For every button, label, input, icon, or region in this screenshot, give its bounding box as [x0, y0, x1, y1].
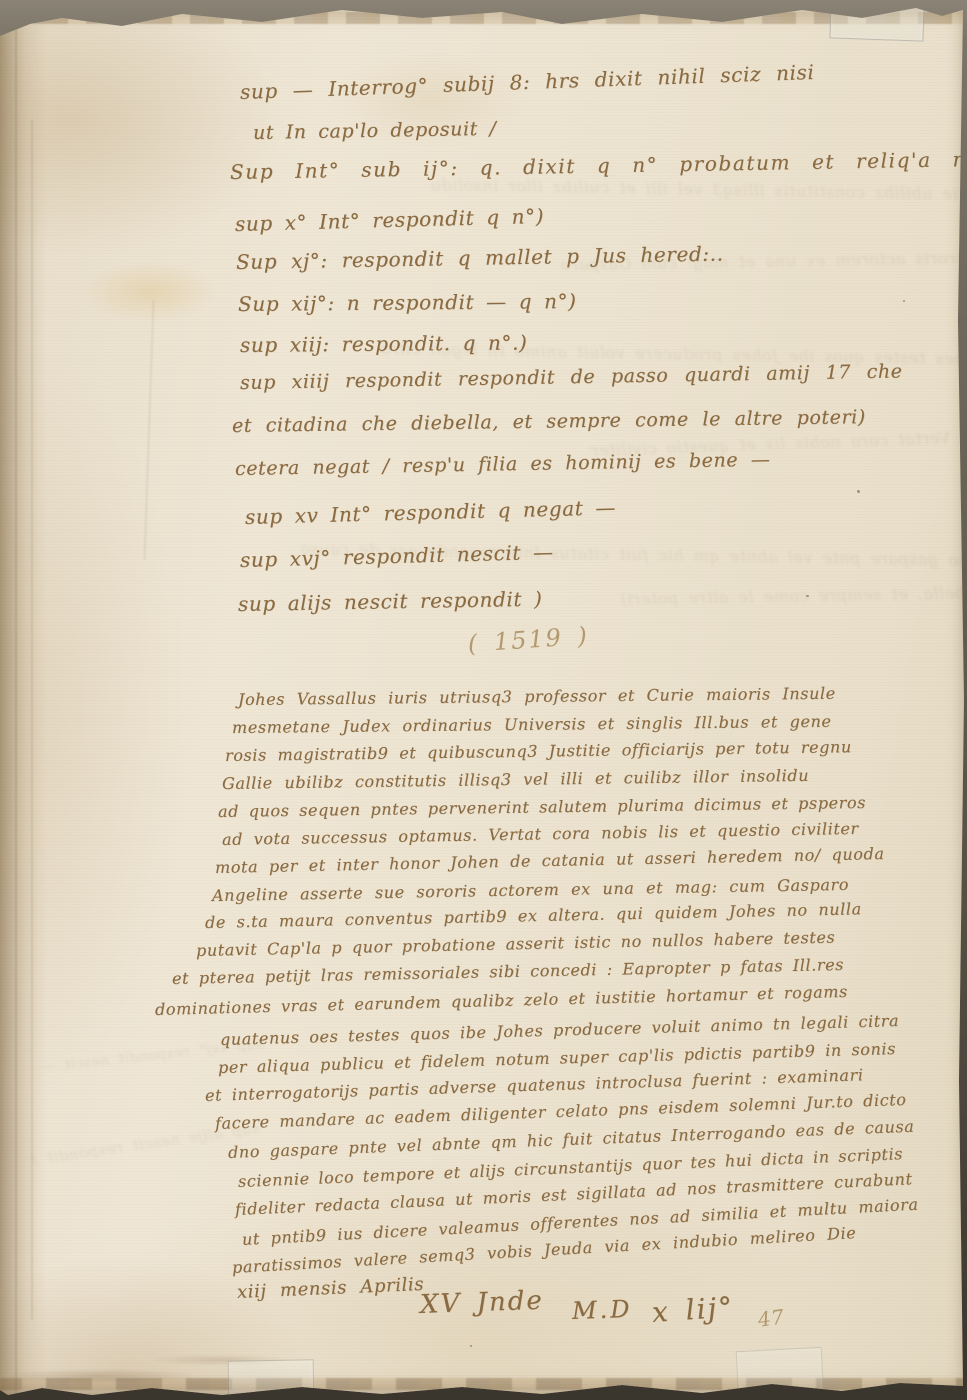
dateline-day: xiij mensis Aprilis [237, 1274, 425, 1303]
letter-line: mesmetane Judex ordinarius Universis et … [232, 712, 832, 737]
letter-line: mota per et inter honor Johen de catania… [215, 844, 885, 877]
dateline-year: x lij° [651, 1290, 735, 1329]
letter-line: Johes Vassallus iuris utriusq3 professor… [238, 684, 836, 709]
year-mark: ( 1519 ) [467, 622, 590, 658]
letter-line: rosis magistratib9 et quibuscunq3 Justit… [225, 737, 852, 765]
dateline-millesimo: M.D [572, 1295, 633, 1325]
letter-line: Gallie ubilibz constitutis illisq3 vel i… [222, 766, 809, 793]
letter-line: et pterea petijt lras remissoriales sibi… [172, 955, 844, 988]
deckle-edge-top [0, 12, 967, 24]
letter-line: putavit Cap'la p quor probatione asserit… [196, 928, 836, 960]
letter-line: Angeline asserte sue sororis actorem ex … [212, 875, 849, 905]
folio-mark: 47 [756, 1304, 786, 1331]
response-line: sup alijs nescit respondit ) [238, 587, 543, 616]
ink-speck [903, 300, 905, 302]
dateline-indiction: XV Jnde [419, 1286, 544, 1320]
paper-crease [143, 300, 154, 560]
spine-crease [15, 0, 17, 1400]
response-line: et citadina che diebella, et sempre come… [232, 406, 866, 437]
ink-speck [806, 595, 809, 597]
response-line: ut In cap'lo deposuit / [253, 118, 497, 144]
show-through-text: et citadina che diebella, et sempre come… [620, 580, 967, 608]
letter-line: ad quos sequen pntes pervenerint salutem… [218, 793, 866, 821]
tape-top-right [829, 3, 924, 41]
binding-spine [0, 0, 58, 1400]
response-line: Sup xj°: respondit q mallet p Jus hered:… [236, 241, 724, 274]
response-line: sup xv Int° respondit q negat — [245, 495, 617, 529]
response-line: Sup xij°: n respondit — q n°) [238, 289, 577, 316]
response-line: sup x° Int° respondit q n°) [235, 204, 545, 236]
response-line: cetera negat / resp'u filia es hominij e… [235, 449, 771, 480]
ink-speck [857, 490, 860, 493]
response-line: sup xiiij respondit respondit de passo q… [240, 360, 903, 394]
letter-line: de s.ta maura conventus partib9 ex alter… [205, 899, 862, 932]
letter-line: ad vota successus optamus. Vertat cora n… [222, 819, 859, 849]
tape-bottom-right [736, 1347, 825, 1400]
photo-background: Gallie ubilibz constitutis illisq3 vel i… [0, 0, 967, 1400]
manuscript-page: Gallie ubilibz constitutis illisq3 vel i… [0, 0, 967, 1400]
response-line: Sup Int° sub ij°: q. dixit q n° probatum… [230, 146, 967, 184]
show-through-text: Gallie ubilibz constitutis illisq3 vel i… [430, 175, 967, 204]
spine-crease [31, 120, 33, 1320]
tape-bottom-left [228, 1359, 315, 1400]
letter-line: dominationes vras et earundem qualibz ze… [155, 982, 848, 1019]
response-line: sup — Interrog° subij 8: hrs dixit nihil… [240, 60, 815, 104]
ink-speck [470, 1345, 472, 1347]
response-line: sup xiij: respondit. q n°.) [240, 330, 528, 357]
response-line: sup xvj° respondit nescit — [240, 540, 554, 572]
